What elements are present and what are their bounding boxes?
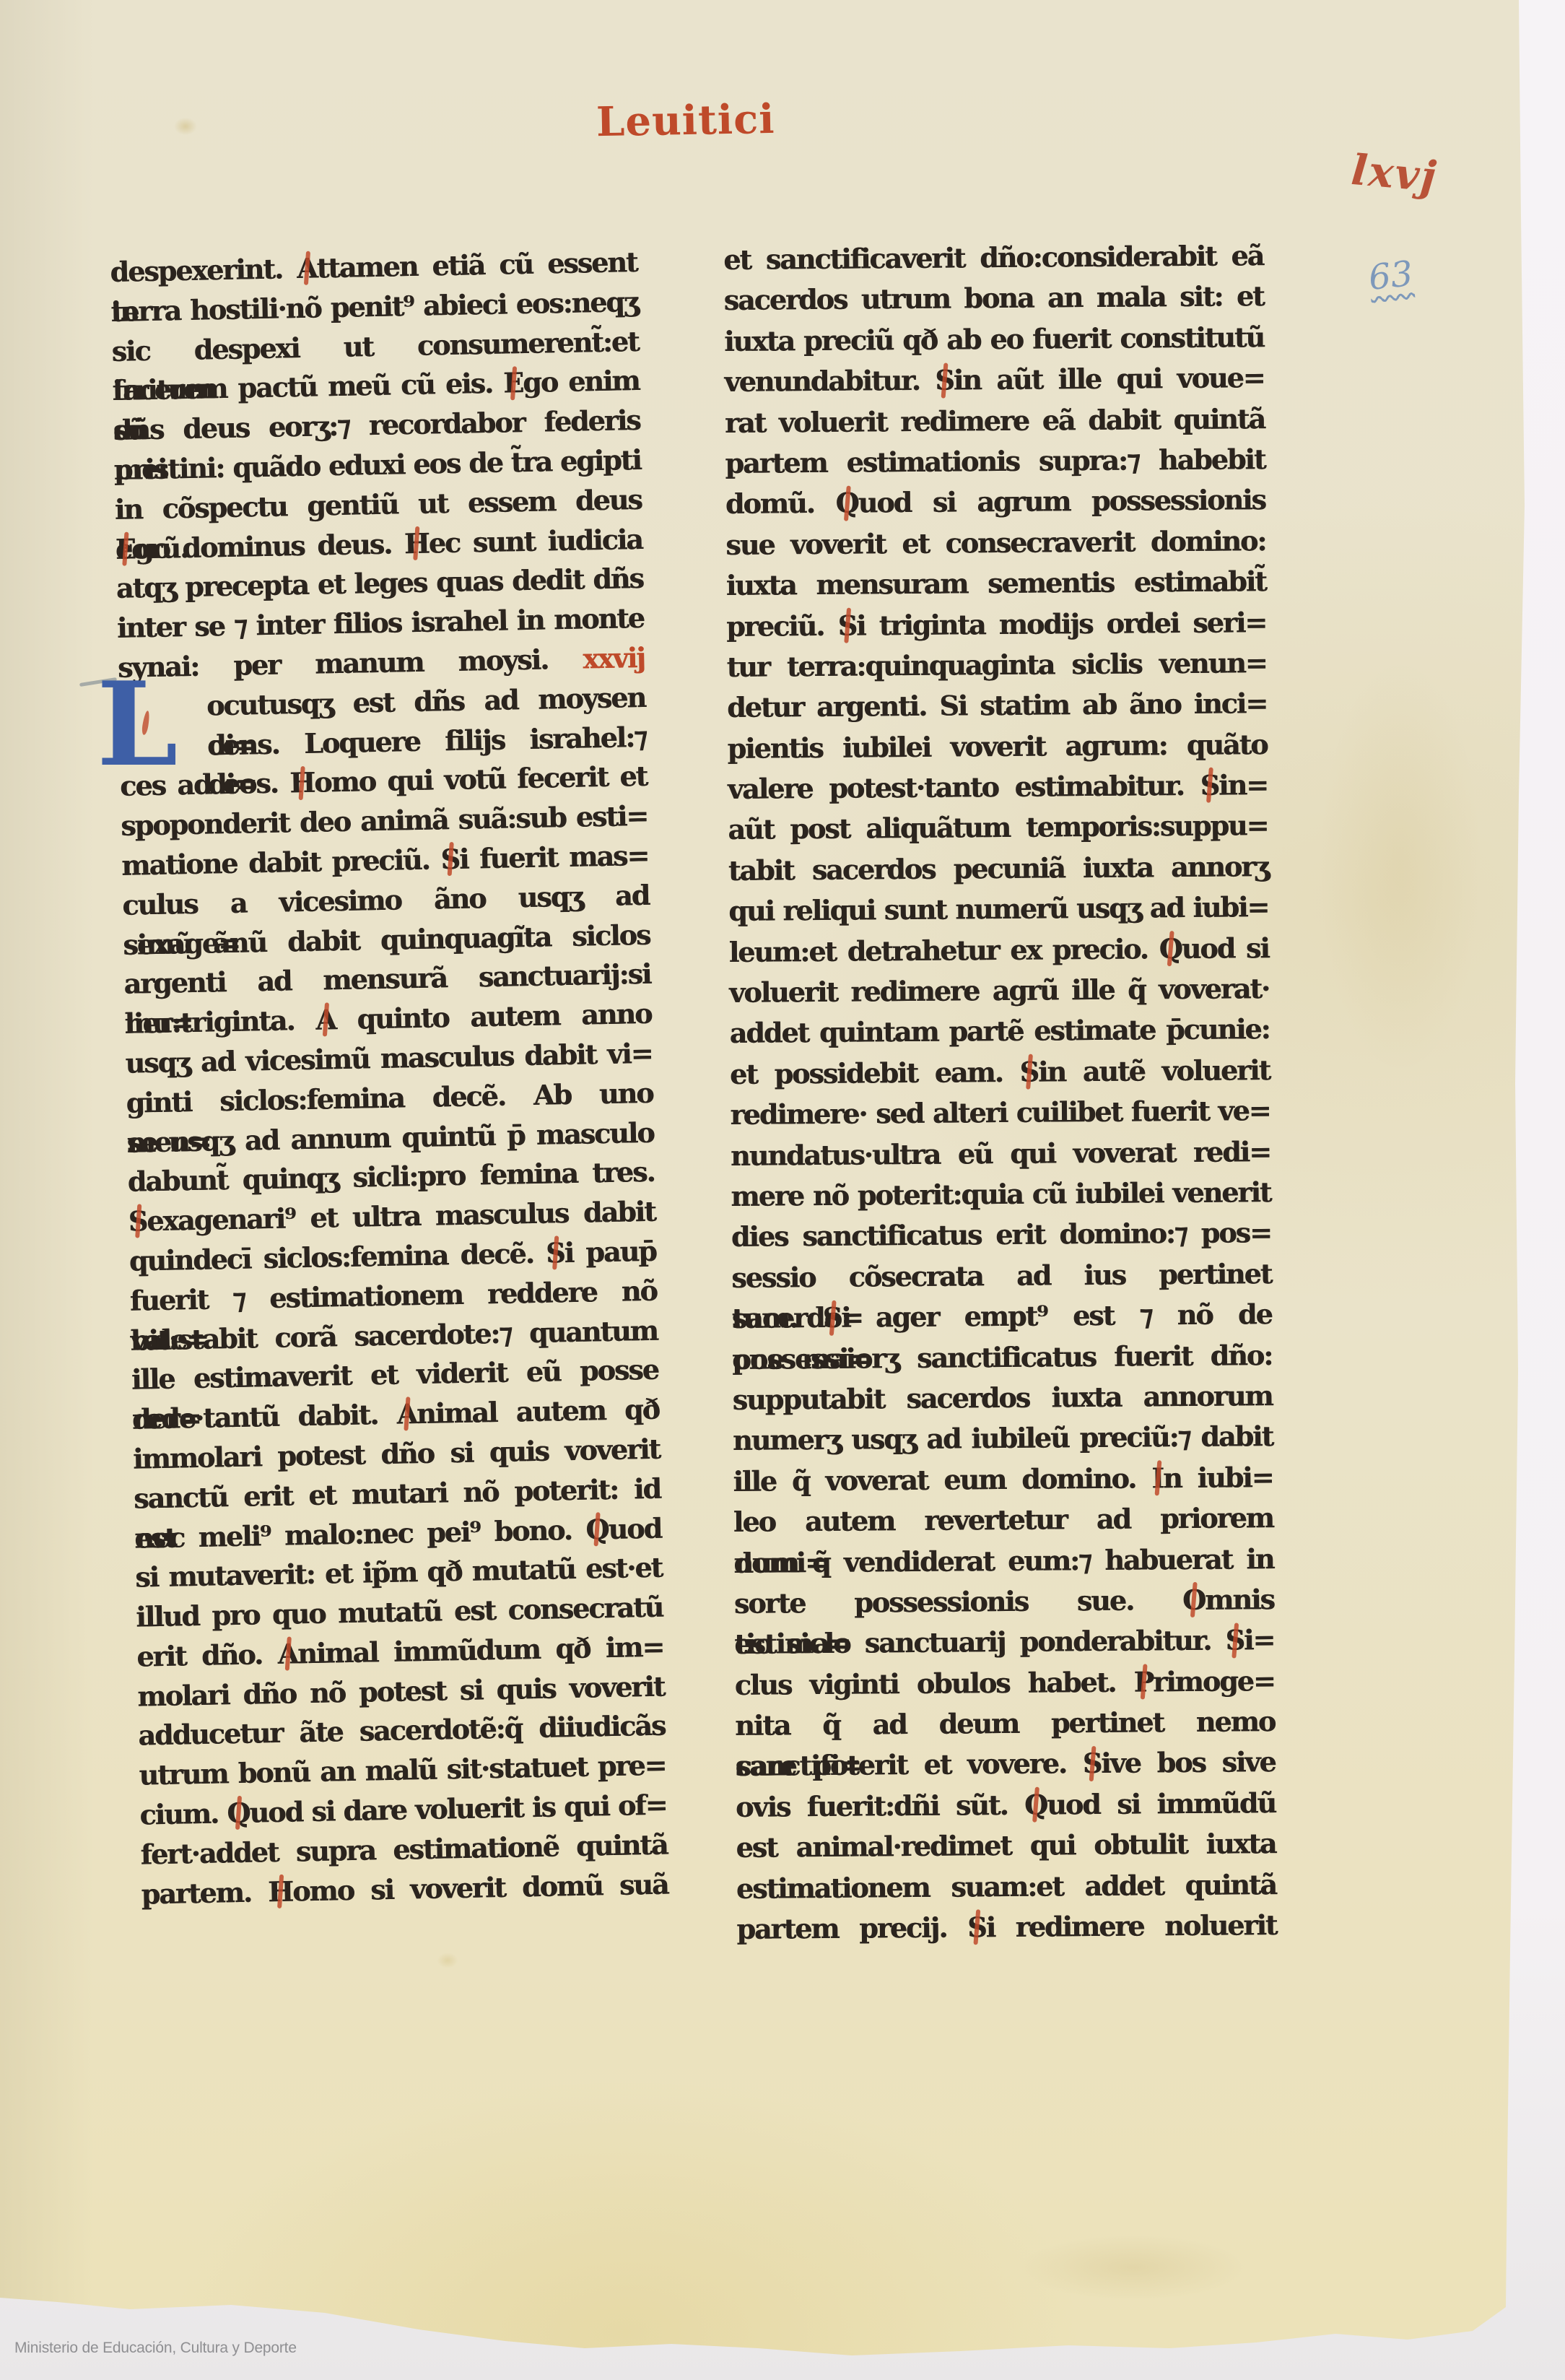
text-line: care poterit et vovere. Sive bos sive bbox=[735, 1742, 1275, 1787]
text-line: ille q̃ voverat eum domino. In iubi= bbox=[733, 1457, 1273, 1502]
text-line: est animal·redimet qui obtulit iuxta bbox=[736, 1823, 1276, 1868]
text-line: sacerdos utrum bona an mala sit: et bbox=[723, 277, 1263, 321]
text-line: sue voverit et consecraverit domino: bbox=[725, 521, 1265, 565]
text-line: dies sanctificatus erit domino:⁊ pos= bbox=[731, 1212, 1271, 1257]
text-line: numerʒ usqʒ ad iubileũ preciũ:⁊ dabit bbox=[733, 1416, 1273, 1461]
text-line: voluerit redimere agrũ ille q̃ voverat· bbox=[729, 968, 1269, 1013]
illuminated-initial: L bbox=[97, 677, 183, 778]
text-line: tum. Si ager empt⁹ est ⁊ nõ de possessi= bbox=[732, 1294, 1272, 1339]
paper-stain bbox=[170, 114, 201, 139]
text-line: venundabitur. Sin aũt ille qui voue= bbox=[724, 357, 1264, 402]
watermark-text: Ministerio de Educación, Cultura y Depor… bbox=[14, 2340, 297, 2357]
text-line: qui reliqui sunt numerũ usqʒ ad iubi= bbox=[728, 887, 1268, 931]
text-line: detur argenti. Si statim ab ãno inci= bbox=[727, 683, 1267, 728]
text-line: estimationem suam:et addet quintã bbox=[736, 1864, 1276, 1909]
text-line: supputabit sacerdos iuxta annorum bbox=[732, 1376, 1272, 1420]
paper-stain bbox=[433, 1950, 462, 1971]
text-line: aũt post aliquãtum temporis:suppu= bbox=[728, 806, 1268, 851]
text-line: domũ. Quod si agrum possessionis bbox=[725, 479, 1265, 524]
scan-background: Leuitici lxvj 63 despexerint. Attamen et… bbox=[0, 0, 1565, 2380]
text-line: num q̃ vendiderat eum:⁊ habuerat in bbox=[733, 1539, 1273, 1584]
text-line: ovis fuerit:dñi sũt. Quod si immũdũ bbox=[736, 1783, 1276, 1828]
folio-number-red-ink: lxvj bbox=[1349, 145, 1439, 201]
running-title: Leuitici bbox=[596, 95, 775, 146]
text-line: one maiorʒ sanctificatus fuerit dño: bbox=[732, 1335, 1272, 1380]
text-line: tabit sacerdos pecuniã iuxta annorʒ bbox=[728, 846, 1268, 891]
text-line: et possidebit eam. Sin autẽ voluerit bbox=[730, 1050, 1270, 1095]
text-line: partem estimationis supra:⁊ habebit bbox=[725, 439, 1265, 484]
text-line: valere potest·tanto estimabitur. Sin= bbox=[728, 765, 1268, 809]
text-line: clus viginti obulos habet. Primoge= bbox=[735, 1661, 1275, 1706]
book-page: Leuitici lxvj 63 despexerint. Attamen et… bbox=[0, 0, 1565, 2380]
text-line: sessio cõsecrata ad ius pertinet sacerdo… bbox=[731, 1254, 1271, 1298]
text-line: tio siclo sanctuarij ponderabitur. Si= bbox=[734, 1620, 1274, 1664]
text-line: rat voluerit redimere eã dabit quintã bbox=[725, 399, 1265, 443]
text-line: iuxta mensuram sementis estimabit̃ bbox=[726, 561, 1266, 606]
text-line: preciũ. Si triginta modijs ordei seri= bbox=[726, 602, 1266, 647]
text-line: nita q̃ ad deum pertinet nemo sanctifi= bbox=[735, 1701, 1275, 1746]
text-line: iuxta preciũ qð ab eo fuerit constitutũ bbox=[724, 317, 1264, 362]
text-line: redimere· sed alteri cuilibet fuerit ve= bbox=[730, 1090, 1270, 1135]
text-line: leo autem revertetur ad priorem domi= bbox=[733, 1498, 1273, 1542]
text-line: tur terra:quinquaginta siclis venun= bbox=[726, 643, 1266, 687]
text-column-left: despexerint. Attamen etiã cũ essent inte… bbox=[110, 243, 668, 1914]
folio-number-blue-pencil: 63 bbox=[1366, 253, 1415, 298]
paper-stain bbox=[1292, 592, 1509, 1141]
text-line: nundatus·ultra eũ qui voverat redi= bbox=[731, 1132, 1270, 1176]
initial-letter-L: L bbox=[97, 656, 178, 792]
text-line: addet quintam partẽ estimate p̄cunie: bbox=[729, 1009, 1269, 1054]
text-line: partem precij. Si redimere noluerit bbox=[736, 1905, 1276, 1950]
text-line: mere nõ poterit:quia cũ iubilei venerit bbox=[731, 1172, 1270, 1217]
text-line: pientis iubilei voverit agrum: quãto bbox=[727, 724, 1267, 769]
text-line: leum:et detrahetur ex precio. Quod si bbox=[729, 928, 1269, 973]
text-line: et sanctificaverit dño:considerabit eã bbox=[723, 235, 1263, 280]
text-column-right: et sanctificaverit dño:considerabit eãsa… bbox=[723, 235, 1277, 1950]
paper-stain bbox=[982, 2224, 1285, 2311]
text-line: sorte possessionis sue. Omnis estima= bbox=[734, 1579, 1274, 1624]
